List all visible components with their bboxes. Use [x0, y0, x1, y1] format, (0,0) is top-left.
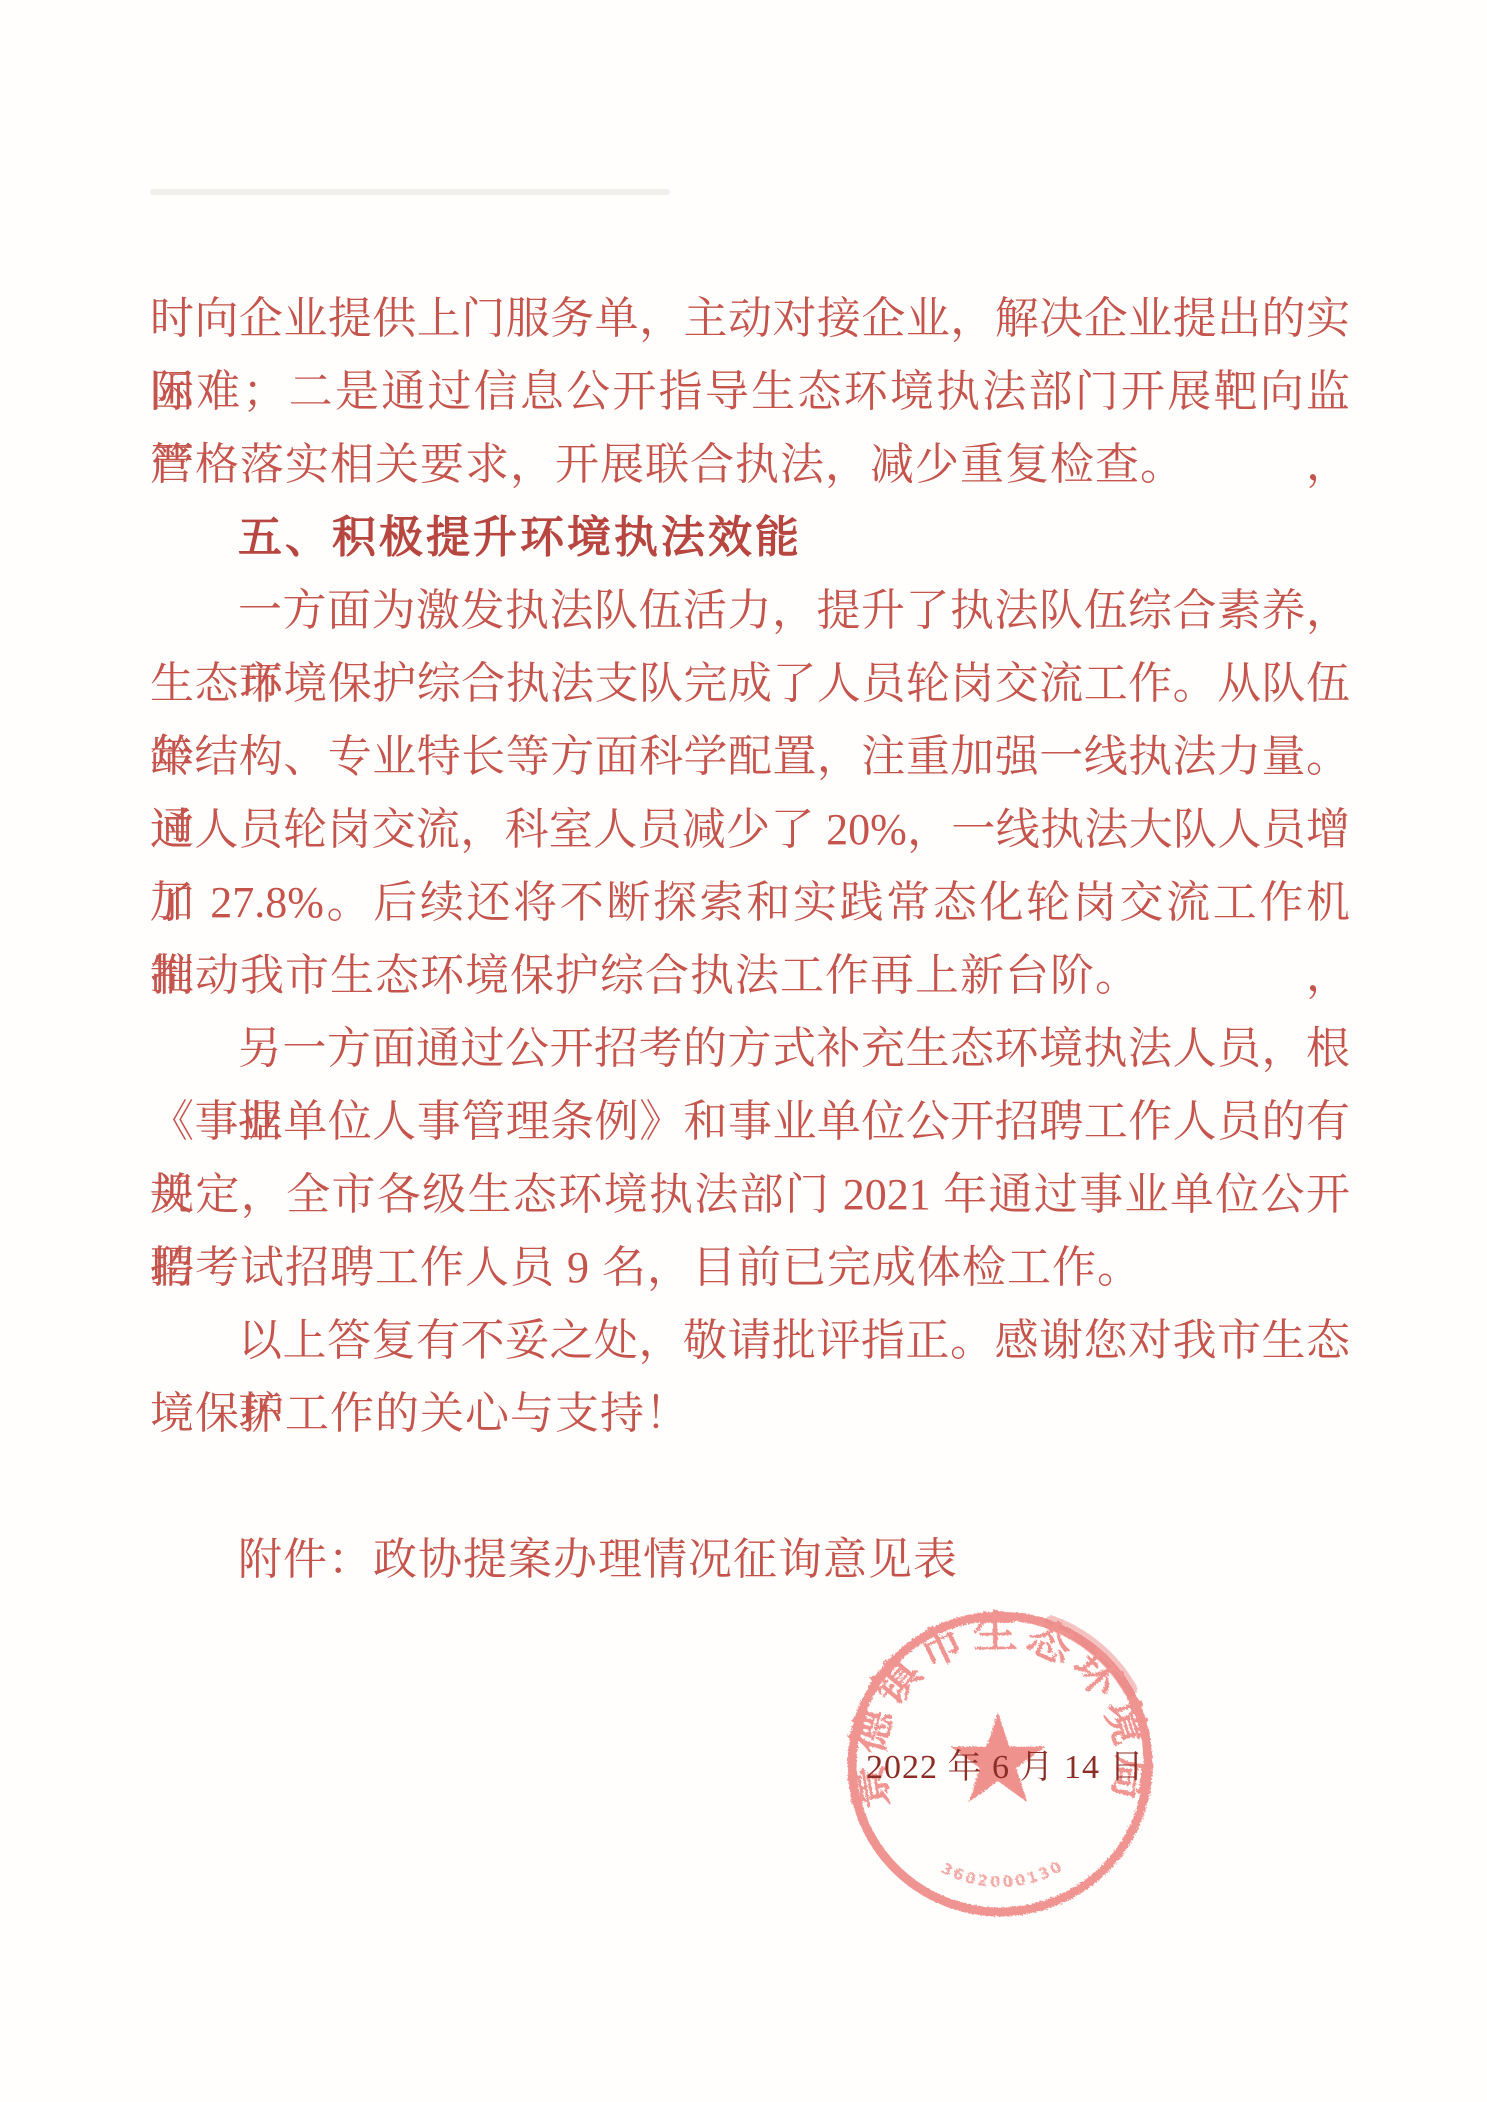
document-page: 时向企业提供上门服务单，主动对接企业，解决企业提出的实际困难；二是通过信息公开指… — [0, 0, 1487, 2102]
text-line: 聘考试招聘工作人员 9 名，目前已完成体检工作。 — [150, 1231, 1350, 1304]
text-line: 境保护工作的关心与支持！ — [150, 1377, 1350, 1450]
text-line: 过人员轮岗交流，科室人员减少了 20%，一线执法大队人员增加 — [150, 793, 1350, 866]
text-line: 困难；二是通过信息公开指导生态环境执法部门开展靶向监管， — [150, 355, 1350, 428]
text-line: 以上答复有不妥之处，敬请批评指正。感谢您对我市生态环 — [150, 1304, 1350, 1377]
text-line: 时向企业提供上门服务单，主动对接企业，解决企业提出的实际 — [150, 282, 1350, 355]
section-heading: 五、积极提升环境执法效能 — [150, 501, 1350, 574]
text-line: 附件：政协提案办理情况征询意见表 — [150, 1523, 1350, 1596]
text-line: 规定，全市各级生态环境执法部门 2021 年通过事业单位公开招 — [150, 1158, 1350, 1231]
date-text: 2022 年 6 月 14 日 — [866, 1745, 1196, 1791]
text-line: 另一方面通过公开招考的方式补充生态环境执法人员，根据 — [150, 1012, 1350, 1085]
text-line: 严格落实相关要求，开展联合执法，减少重复检查。 — [150, 428, 1350, 501]
scan-smudge — [150, 189, 670, 195]
text-line: 《事业单位人事管理条例》和事业单位公开招聘工作人员的有关 — [150, 1085, 1350, 1158]
text-line: 生态环境保护综合执法支队完成了人员轮岗交流工作。从队伍年 — [150, 647, 1350, 720]
text-line: 了 27.8%。后续还将不断探索和实践常态化轮岗交流工作机制， — [150, 866, 1350, 939]
text-line: 一方面为激发执法队伍活力，提升了执法队伍综合素养，市 — [150, 574, 1350, 647]
text-line: 龄结构、专业特长等方面科学配置，注重加强一线执法力量。通 — [150, 720, 1350, 793]
text-line: 推动我市生态环境保护综合执法工作再上新台阶。 — [150, 939, 1350, 1012]
